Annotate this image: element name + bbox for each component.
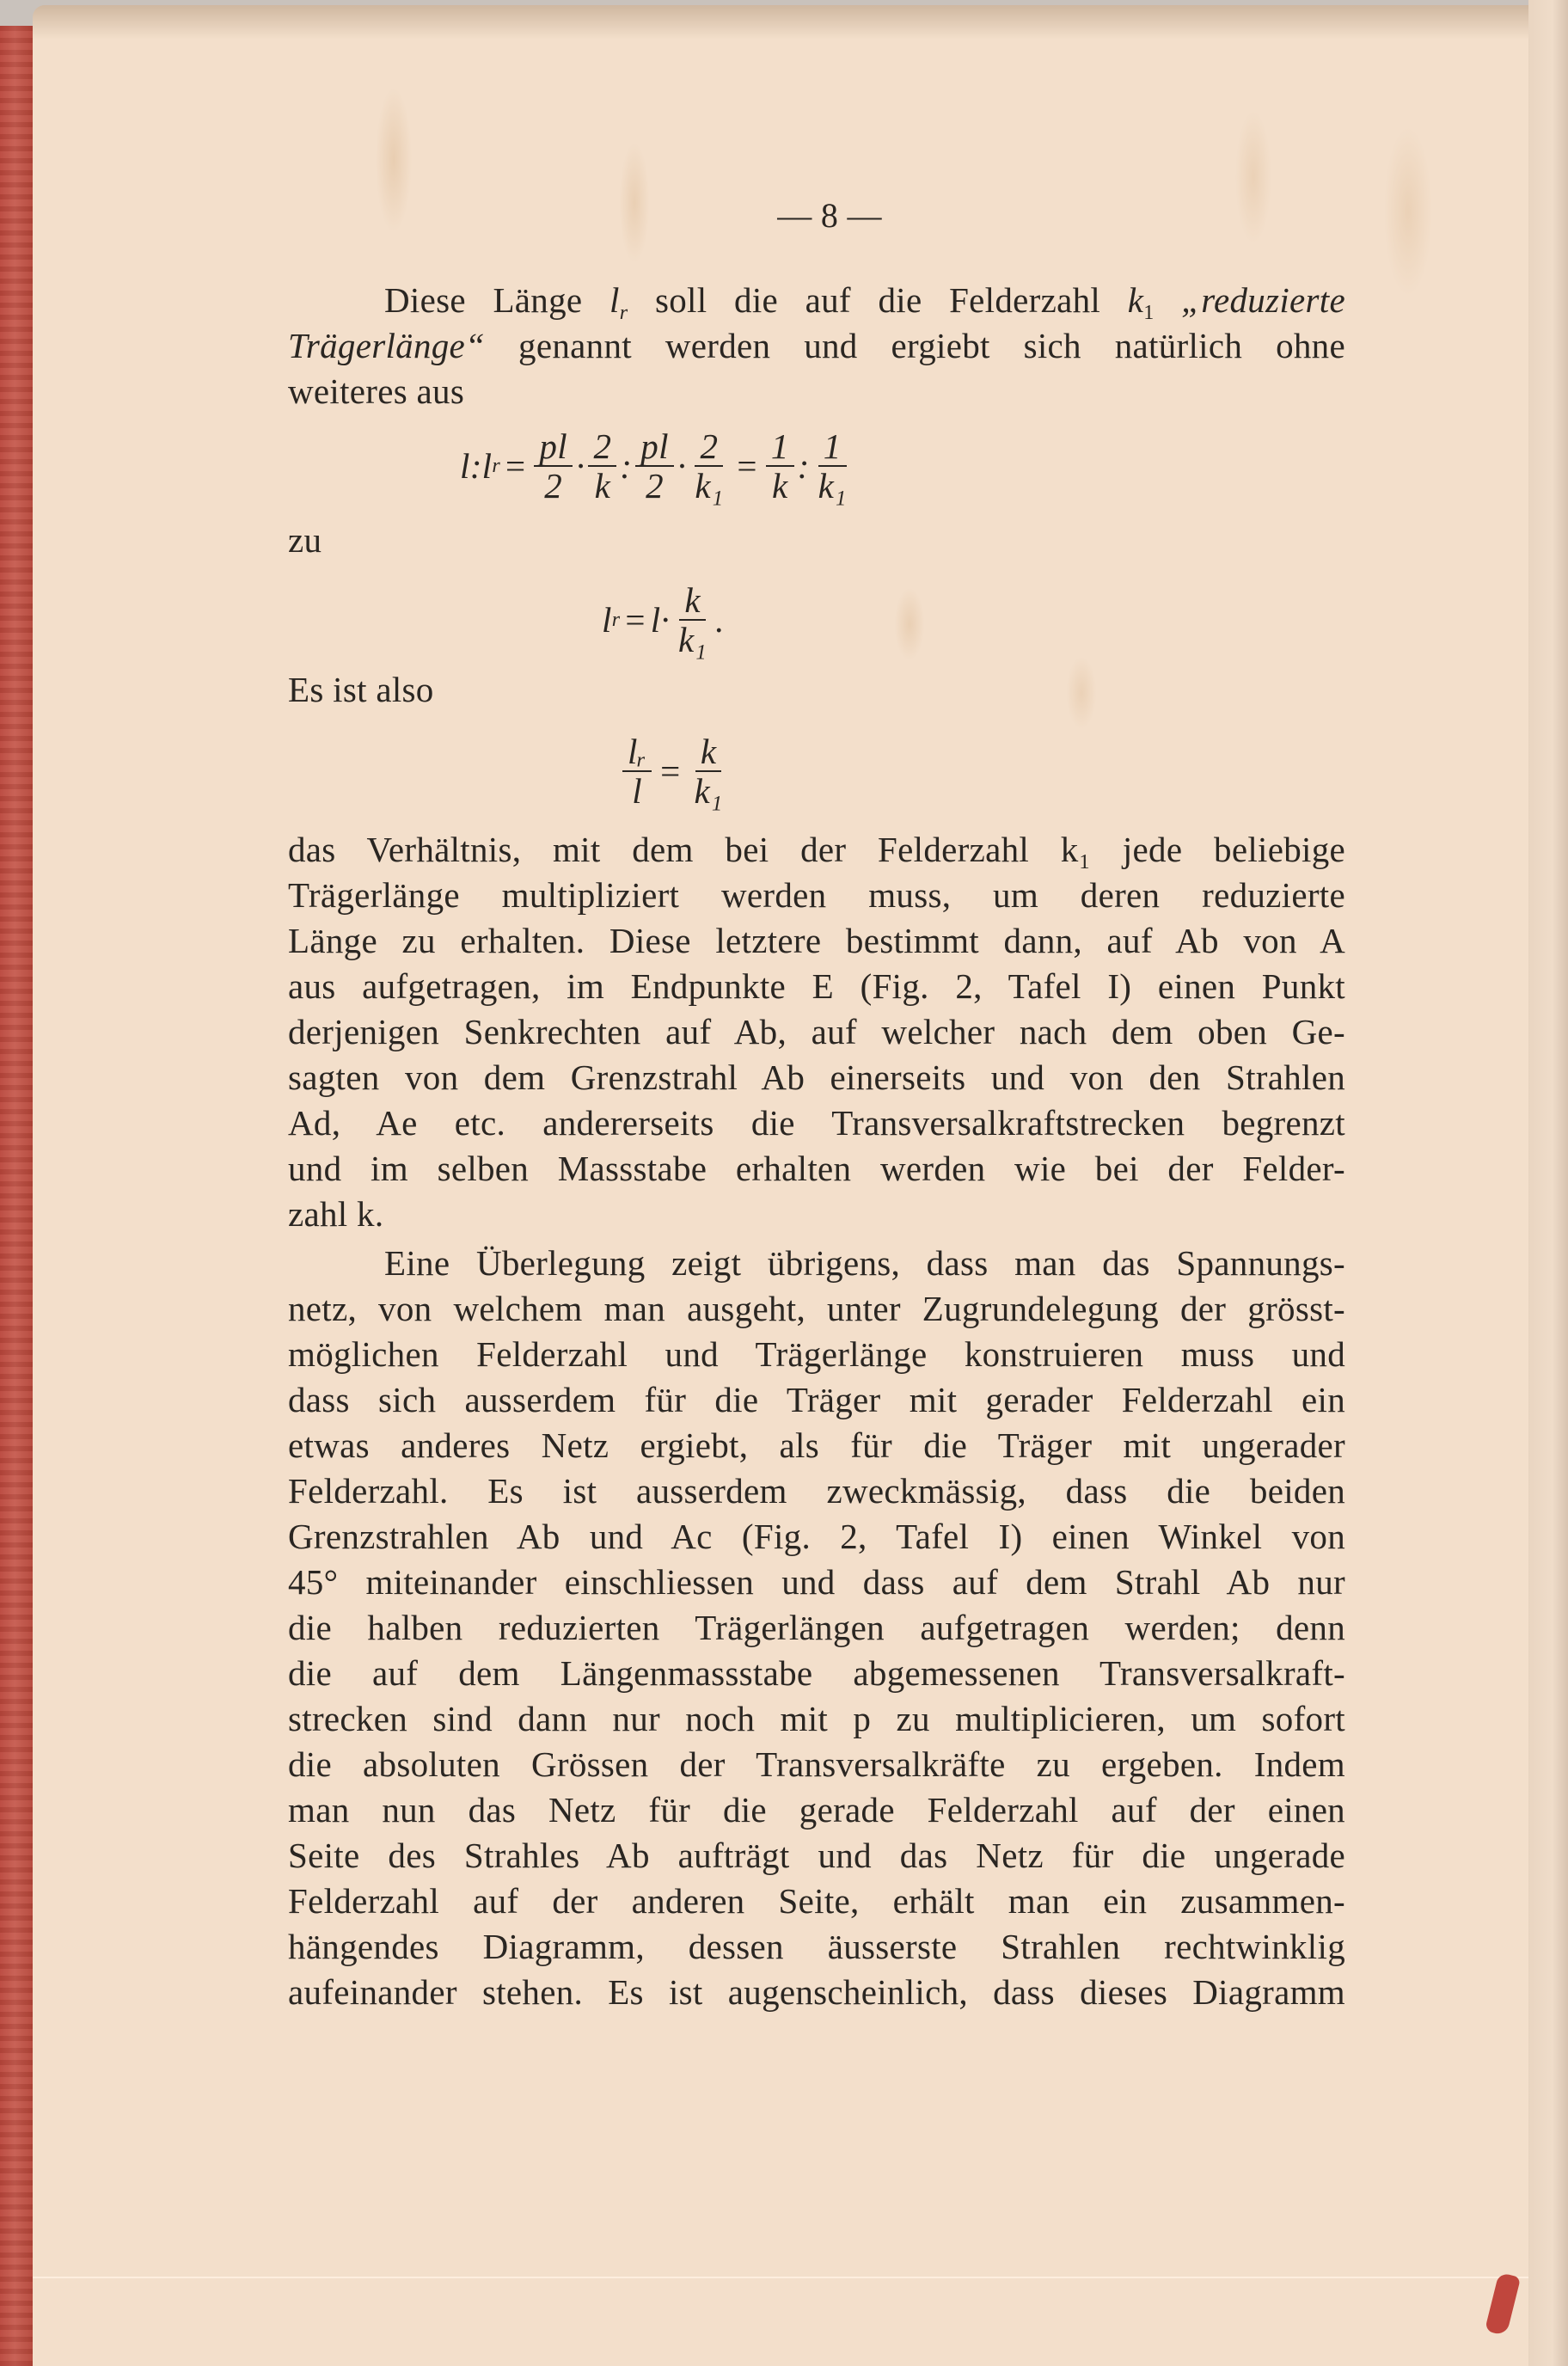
denominator: 2 — [539, 467, 567, 505]
text-run: Diese Länge — [384, 280, 582, 320]
fraction: kk₁ — [673, 581, 712, 659]
equals-sign: = — [660, 749, 680, 794]
text-line: Eine Überlegung zeigt übrigens, dass man… — [288, 1241, 1345, 1286]
italic-term: „reduzierte — [1181, 280, 1345, 320]
text-line: Grenzstrahlen Ab und Ac (Fig. 2, Tafel I… — [288, 1514, 1345, 1560]
math-subscript: r — [620, 302, 628, 324]
text-line: das Verhältnis, mit dem bei der Felderza… — [288, 827, 1345, 873]
text-line: Felderzahl auf der anderen Seite, erhält… — [288, 1879, 1345, 1924]
paragraph-3: Eine Überlegung zeigt übrigens, dass man… — [288, 1241, 1345, 2015]
text-line: weiteres aus — [288, 369, 1345, 414]
label-es-ist-also: Es ist also — [288, 667, 1345, 715]
denominator: 2 — [640, 467, 669, 505]
page-text-block: — 8 — Diese Länge lr soll die auf die Fe… — [288, 172, 1345, 2015]
denominator: k — [767, 467, 793, 505]
text-line: strecken sind dann nur noch mit p zu mul… — [288, 1696, 1345, 1742]
text-line: sagten von dem Grenzstrahl Ab einerseits… — [288, 1055, 1345, 1100]
text-line: Felderzahl. Es ist ausserdem zweckmässig… — [288, 1468, 1345, 1514]
equation-2: lr = l· kk₁ . — [288, 573, 1345, 667]
math-lhs: l:l — [460, 444, 492, 489]
dot-operator: · — [677, 444, 687, 489]
page-fold-line — [33, 2277, 1528, 2278]
ratio-operator: : — [620, 444, 632, 489]
denominator: k₁ — [689, 467, 728, 505]
fraction: pl2 — [534, 427, 573, 505]
numerator: k — [679, 581, 706, 621]
fraction: kk₁ — [689, 732, 728, 810]
math-variable: l — [609, 280, 620, 320]
page-right-edge — [1528, 0, 1568, 2366]
numerator: lᵣ — [622, 732, 652, 772]
math-variable: k — [1128, 280, 1144, 320]
numerator: k — [695, 732, 722, 772]
fraction: 1k — [766, 427, 794, 505]
numerator: pl — [635, 427, 674, 467]
text-line: aus aufgetragen, im Endpunkte E (Fig. 2,… — [288, 964, 1345, 1009]
text-line: Trägerlänge multipliziert werden muss, u… — [288, 873, 1345, 918]
text-line: die auf dem Längenmassstabe abgemessenen… — [288, 1651, 1345, 1696]
denominator: k₁ — [813, 467, 852, 505]
equation-1: l:lr = pl2 · 2k : pl2 · 2k₁ = 1k : 1k₁ — [288, 414, 1345, 518]
equation-3: lᵣl = kk₁ — [288, 715, 1345, 827]
fraction: 1k₁ — [813, 427, 852, 505]
text-line: und im selben Massstabe erhalten werden … — [288, 1146, 1345, 1192]
text-line: zahl k. — [288, 1192, 1345, 1237]
text-run: soll die auf die Felderzahl — [655, 280, 1100, 320]
text-line: man nun das Netz für die gerade Felderza… — [288, 1787, 1345, 1833]
text-line: dass sich ausserdem für die Träger mit g… — [288, 1377, 1345, 1423]
dot-operator: · — [576, 444, 585, 489]
text-line: möglichen Felderzahl und Trägerlänge kon… — [288, 1332, 1345, 1377]
ratio-operator: : — [798, 444, 810, 489]
equals-sign: = — [505, 444, 525, 489]
page-number: — 8 — — [314, 193, 1345, 238]
math-factor: l· — [651, 598, 670, 643]
text-line: aufeinander stehen. Es ist augenscheinli… — [288, 1970, 1345, 2015]
text-line: netz, von welchem man ausgeht, unter Zug… — [288, 1286, 1345, 1332]
equals-sign: = — [737, 444, 756, 489]
text-line: derjenigen Senkrechten auf Ab, auf welch… — [288, 1009, 1345, 1055]
paragraph-2: das Verhältnis, mit dem bei der Felderza… — [288, 827, 1345, 1237]
fraction: 2k₁ — [689, 427, 728, 505]
math-subscript: 1 — [1143, 302, 1154, 324]
fraction: lᵣl — [622, 732, 652, 810]
fraction: 2k — [588, 427, 616, 505]
equals-sign: = — [625, 598, 645, 643]
text-line: Länge zu erhalten. Diese letztere bestim… — [288, 918, 1345, 964]
numerator: 2 — [588, 427, 616, 467]
red-book-binding — [0, 26, 33, 2366]
italic-term: Trägerlänge“ — [288, 326, 485, 365]
label-zu: zu — [288, 518, 1345, 573]
text-line: Ad, Ae etc. andererseits die Transversal… — [288, 1100, 1345, 1146]
text-line: die absoluten Grössen der Transversalkrä… — [288, 1742, 1345, 1787]
numerator: 1 — [766, 427, 794, 467]
period: . — [715, 598, 725, 643]
denominator: k₁ — [689, 772, 728, 810]
numerator: 1 — [818, 427, 847, 467]
math-lhs: l — [602, 598, 612, 643]
denominator: l — [627, 772, 647, 810]
text-line: etwas anderes Netz ergiebt, als für die … — [288, 1423, 1345, 1468]
denominator: k₁ — [673, 621, 712, 659]
text-line: 45° miteinander einschliessen und dass a… — [288, 1560, 1345, 1605]
paragraph-1: Diese Länge lr soll die auf die Felderza… — [288, 278, 1345, 414]
text-run: genannt werden und ergiebt sich natürlic… — [518, 326, 1345, 365]
text-line: die halben reduzierten Trägerlängen aufg… — [288, 1605, 1345, 1651]
text-line: hängendes Diagramm, dessen äusserste Str… — [288, 1924, 1345, 1970]
fraction: pl2 — [635, 427, 674, 505]
numerator: 2 — [695, 427, 723, 467]
numerator: pl — [534, 427, 573, 467]
text-line: Seite des Strahles Ab aufträgt und das N… — [288, 1833, 1345, 1879]
denominator: k — [590, 467, 616, 505]
